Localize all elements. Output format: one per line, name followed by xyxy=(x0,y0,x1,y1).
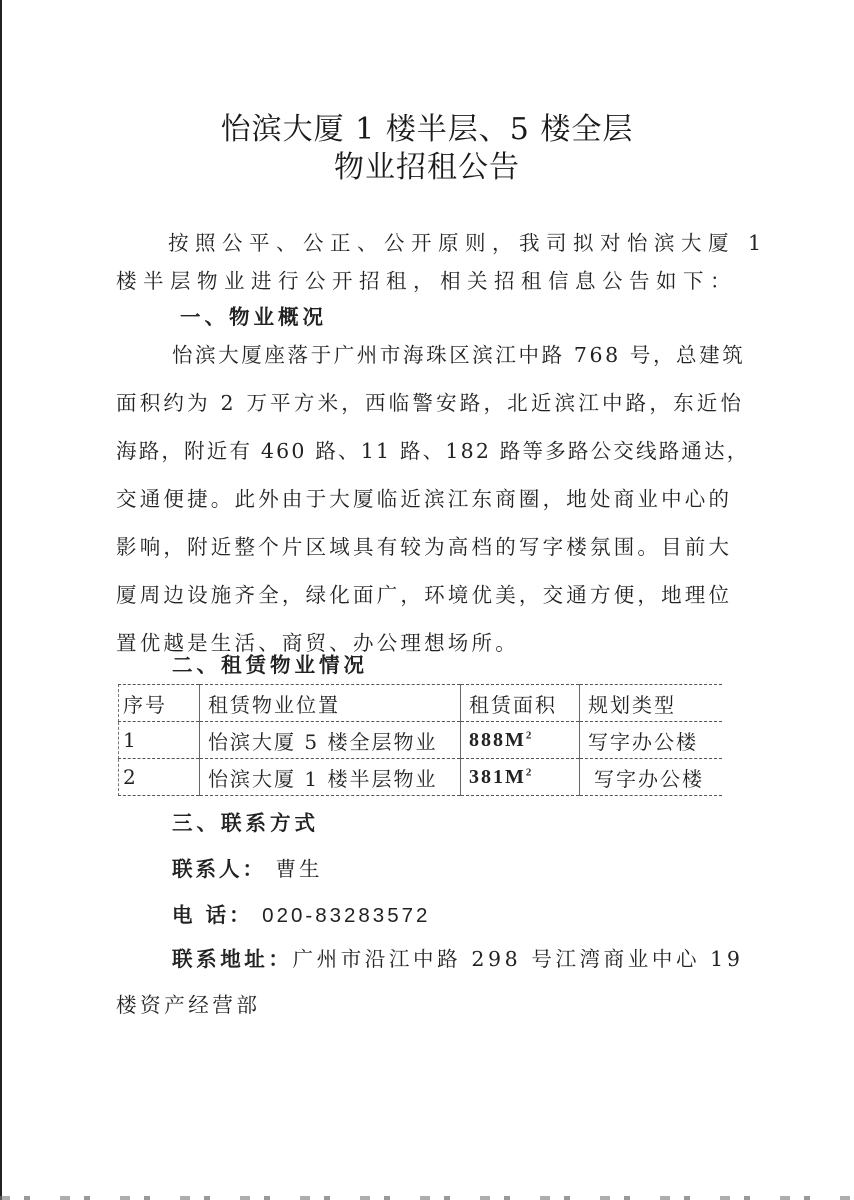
contact-phone: 电 话： 020-83283572 xyxy=(172,898,430,928)
header-cell-location: 租赁物业位置 xyxy=(200,685,461,722)
cell-area: 381M2 xyxy=(461,759,580,796)
header-cell-type: 规划类型 xyxy=(580,685,723,722)
section1-line: 面积约为 2 万平方米，西临警安路，北近滨江中路，东近怡 xyxy=(116,386,744,416)
rental-table: 序号 租赁物业位置 租赁面积 规划类型 1 怡滨大厦 5 楼全层物业 888M2… xyxy=(118,684,722,796)
cell-no: 1 xyxy=(119,722,200,759)
phone-label: 电 话： xyxy=(172,903,253,927)
scan-edge-bottom xyxy=(0,1196,854,1200)
area-value: 381M xyxy=(469,766,526,788)
address-label: 联系地址： xyxy=(172,947,293,971)
area-unit-sup: 2 xyxy=(526,729,534,741)
contact-label: 联系人： xyxy=(172,857,266,881)
area-value: 888M xyxy=(469,729,526,751)
section1-line: 交通便捷。此外由于大厦临近滨江东商圈，地处商业中心的 xyxy=(116,482,732,512)
table-header-row: 序号 租赁物业位置 租赁面积 规划类型 xyxy=(119,685,723,722)
section1-line: 影响，附近整个片区域具有较为高档的写字楼氛围。目前大 xyxy=(116,530,732,560)
cell-area: 888M2 xyxy=(461,722,580,759)
header-cell-no: 序号 xyxy=(119,685,200,722)
table-row: 2 怡滨大厦 1 楼半层物业 381M2 写字办公楼 xyxy=(119,759,723,796)
cell-no: 2 xyxy=(119,759,200,796)
cell-location: 怡滨大厦 5 楼全层物业 xyxy=(200,722,461,759)
cell-type: 写字办公楼 xyxy=(580,722,723,759)
contact-address: 联系地址：广州市沿江中路 298 号江湾商业中心 19 xyxy=(172,942,743,972)
section1-heading: 一、物业概况 xyxy=(180,300,327,330)
header-cell-area: 租赁面积 xyxy=(461,685,580,722)
address-value-line2: 楼资产经营部 xyxy=(116,988,261,1018)
phone-value: 020-83283572 xyxy=(262,904,430,927)
contact-person: 联系人： 曹生 xyxy=(172,852,323,882)
table-row: 1 怡滨大厦 5 楼全层物业 888M2 写字办公楼 xyxy=(119,722,723,759)
intro-line2: 楼半层物业进行公开招租，相关招租信息公告如下： xyxy=(116,264,737,294)
intro-line1: 按照公平、公正、公开原则，我司拟对怡滨大厦 1 xyxy=(168,226,768,256)
section1-line: 怡滨大厦座落于广州市海珠区滨江中路 768 号，总建筑 xyxy=(172,338,745,368)
section3-heading: 三、联系方式 xyxy=(172,806,319,836)
area-unit-sup: 2 xyxy=(526,766,534,778)
contact-value: 曹生 xyxy=(276,857,323,881)
cell-type: 写字办公楼 xyxy=(580,759,723,796)
cell-location: 怡滨大厦 1 楼半层物业 xyxy=(200,759,461,796)
address-value-line1: 广州市沿江中路 298 号江湾商业中心 19 xyxy=(293,947,744,971)
document-title-line2: 物业招租公告 xyxy=(0,142,854,186)
section1-line: 厦周边设施齐全，绿化面广，环境优美，交通方便，地理位 xyxy=(116,578,732,608)
section1-line: 海路，附近有 460 路、11 路、182 路等多路公交线路通达， xyxy=(116,434,750,464)
section2-heading: 二、租赁物业情况 xyxy=(172,648,368,678)
